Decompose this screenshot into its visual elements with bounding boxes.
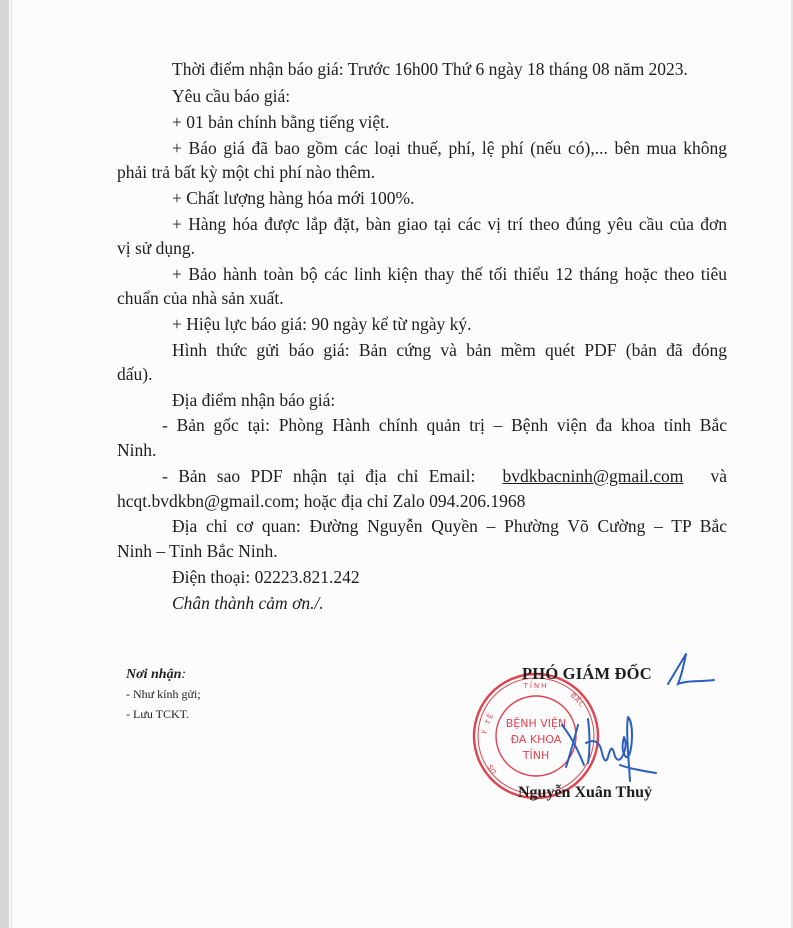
office-address-cont: Ninh – Tỉnh Bắc Ninh. [117,540,278,562]
requirement-installation: + Hàng hóa được lắp đặt, bàn giao tại cá… [172,213,727,235]
requirement-warranty: + Bảo hành toàn bộ các linh kiện thay th… [172,263,727,285]
stamp-center-line: TỈNH [522,748,549,762]
requirement-quality: + Chất lượng hàng hóa mới 100%. [172,187,415,209]
submission-method: Hình thức gửi báo giá: Bản cứng và bản m… [172,339,727,361]
email-link[interactable]: bvdkbacninh@gmail.com [502,465,683,487]
closing-thanks: Chân thành cảm ơn./. [172,592,324,614]
original-copy-location-cont: Ninh. [117,439,156,461]
scan-edge-left [0,0,9,928]
signer-name: Nguyễn Xuân Thuỷ [518,784,652,802]
requirement-tax-included: + Báo giá đã bao gồm các loại thuế, phí,… [172,137,727,159]
recipient-item: - Lưu TCKT. [126,706,189,723]
requirement-installation-cont: vị sử dụng. [117,237,195,259]
requirement-validity: + Hiệu lực báo giá: 90 ngày kể từ ngày k… [172,313,472,335]
initial-mark-icon [664,650,718,690]
stamp-ring-left: Y TẾ [478,710,496,736]
requirement-warranty-cont: chuẩn của nhà sản xuất. [117,287,284,309]
recipients-colon: : [181,667,186,682]
recipients-heading: Nơi nhận: [126,666,186,683]
phone-number: Điện thoại: 02223.821.242 [172,566,360,588]
quote-requirements-heading: Yêu cầu báo giá: [172,85,290,107]
handwritten-signature-icon [560,705,670,785]
submission-method-cont: dấu). [117,363,152,385]
requirement-tax-included-cont: phải trả bất kỳ một chi phí nào thêm. [117,161,375,183]
office-address: Địa chỉ cơ quan: Đường Nguyễn Quyền – Ph… [172,515,727,537]
stamp-center-line: ĐA KHOA [511,733,562,746]
conjunction-text: và [710,465,727,487]
pdf-copy-line-cont: hcqt.bvdkbn@gmail.com; hoặc địa chỉ Zalo… [117,490,525,512]
receiving-location-heading: Địa điểm nhận báo giá: [172,389,335,411]
signer-position: PHÓ GIÁM ĐỐC [522,664,652,684]
pdf-copy-line: - Bản sao PDF nhận tại địa chỉ Email: bv… [162,465,727,487]
stamp-center-line: BỆNH VIỆN [506,717,566,730]
requirement-original-copy: + 01 bản chính bằng tiếng việt. [172,111,389,133]
recipient-item: - Như kính gửi; [126,686,201,703]
quote-deadline: Thời điểm nhận báo giá: Trước 16h00 Thứ … [172,58,688,80]
recipients-title: Nơi nhận [126,667,181,682]
pdf-copy-label: - Bản sao PDF nhận tại địa chỉ Email: [162,465,475,487]
original-copy-location: - Bản gốc tại: Phòng Hành chính quản trị… [162,414,727,436]
